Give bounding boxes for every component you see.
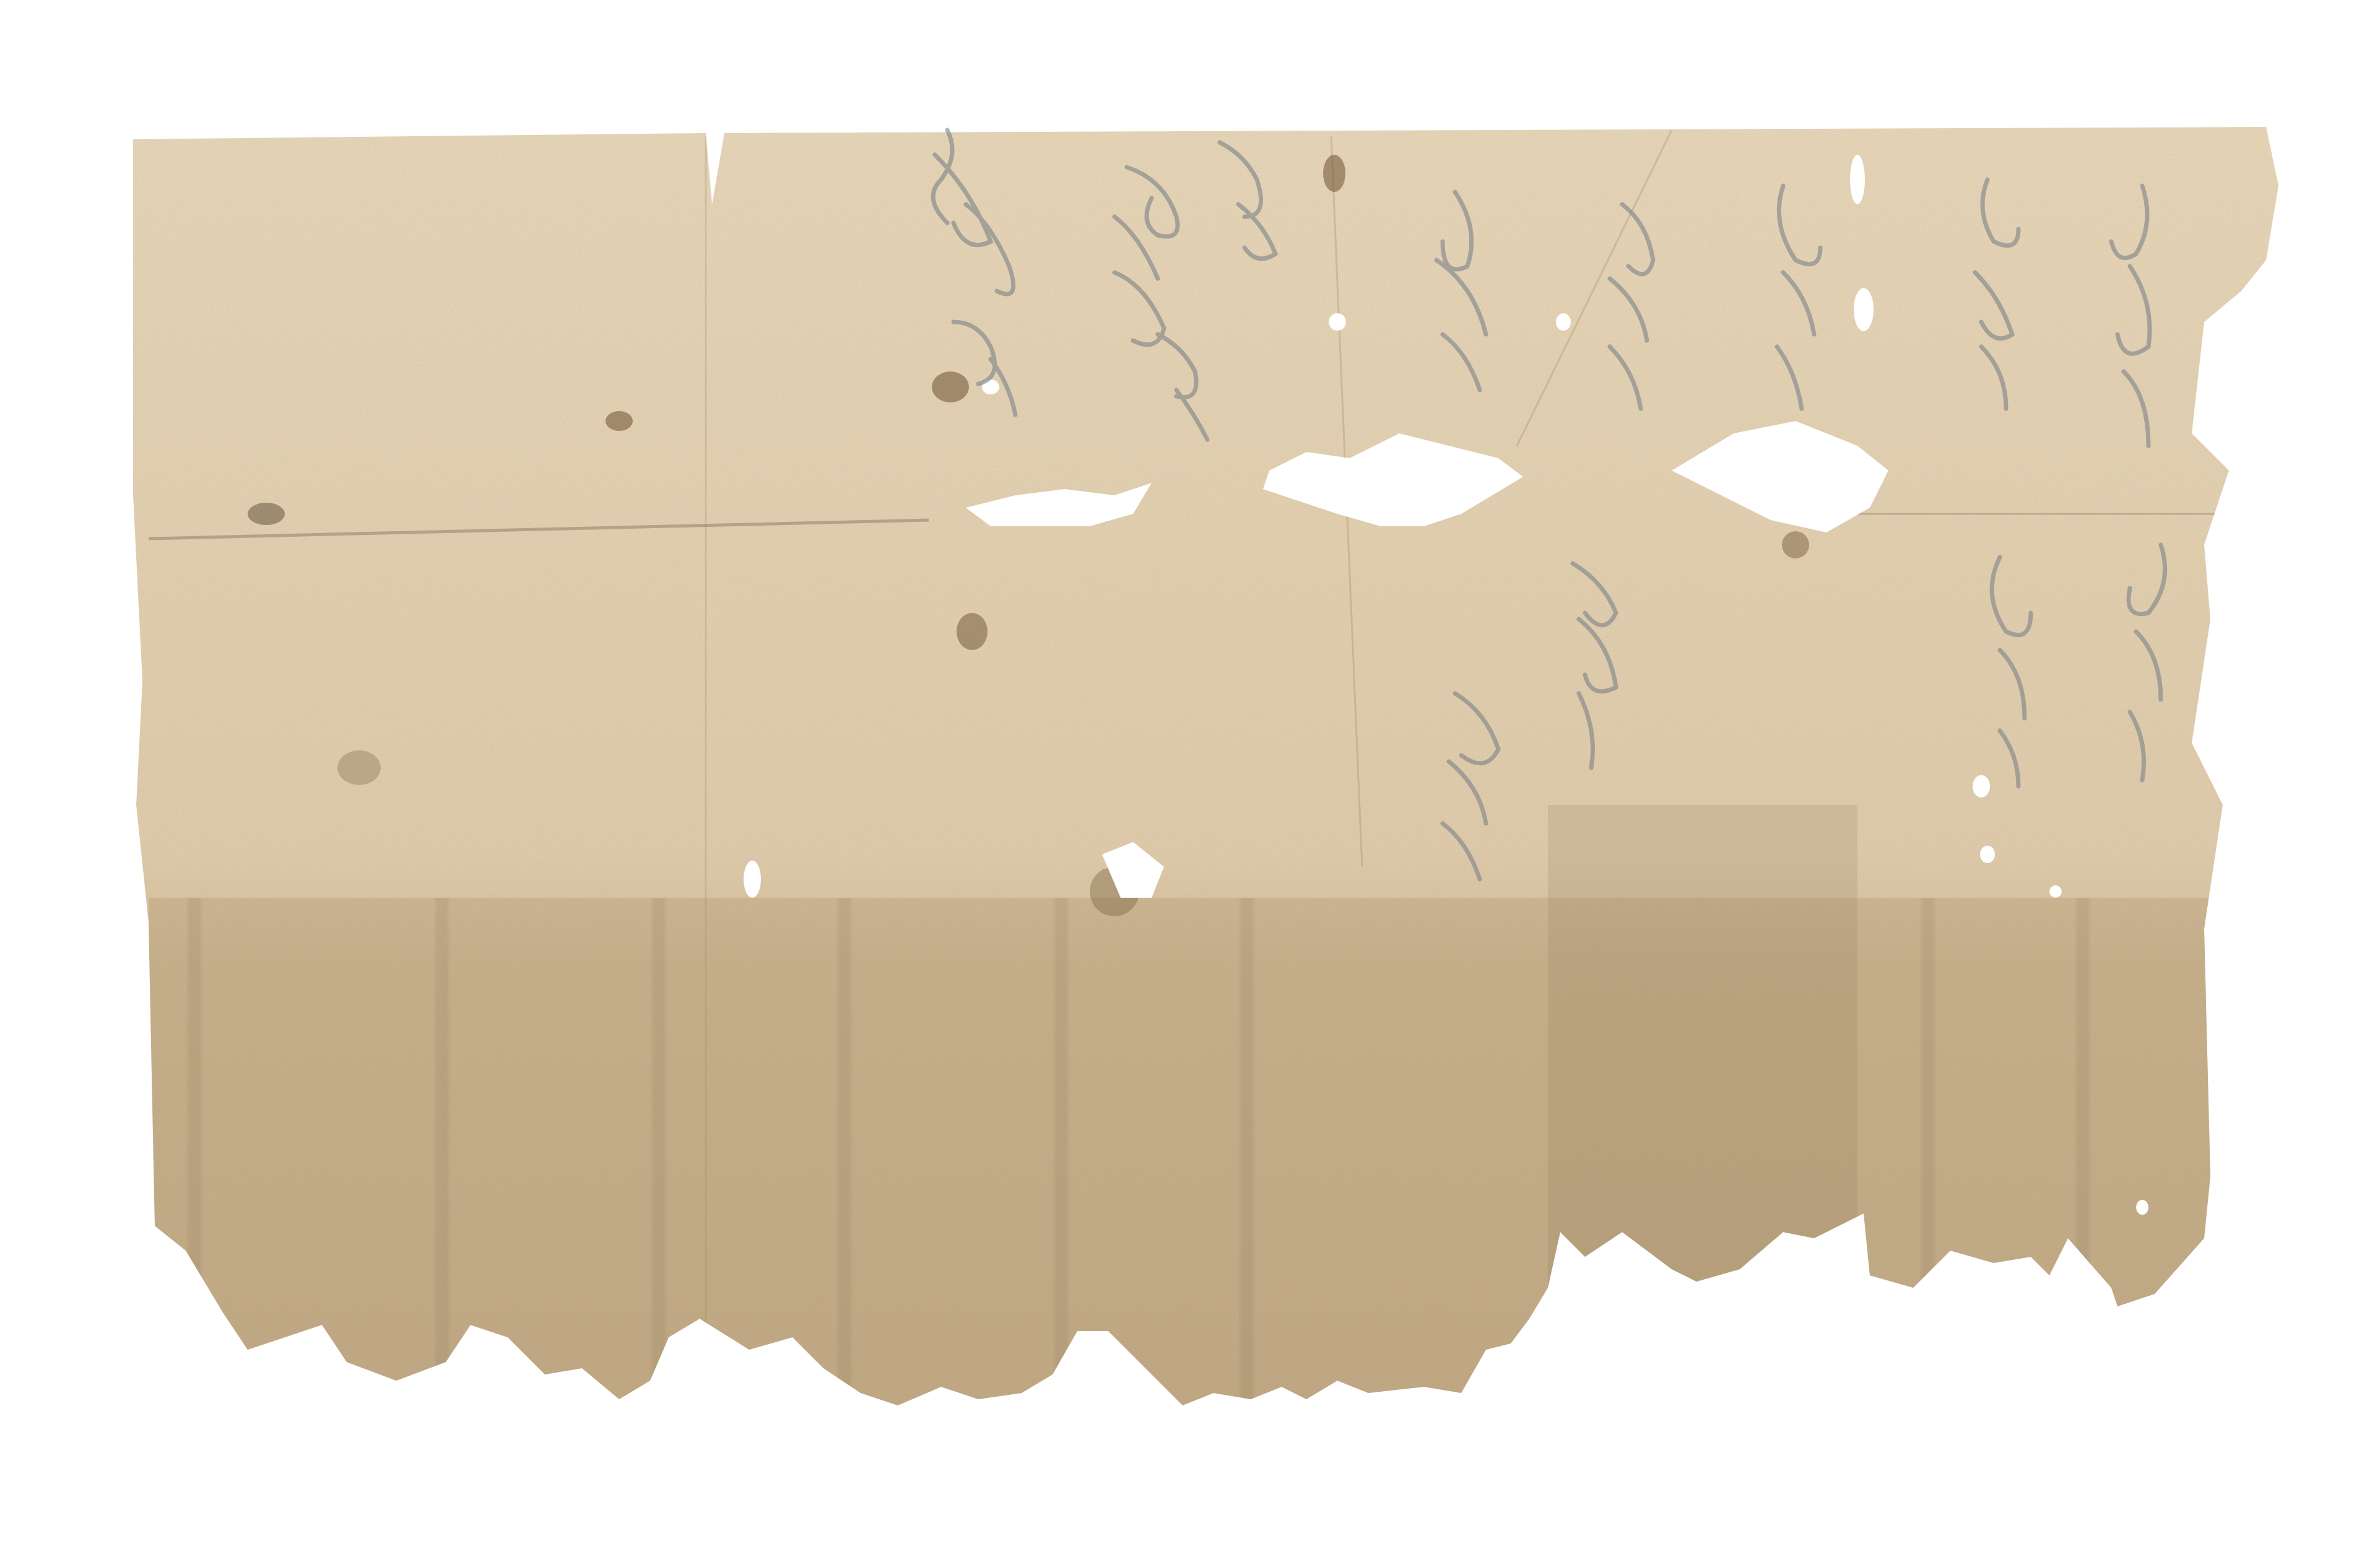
pencil-handwriting bbox=[0, 0, 2380, 1554]
scan-background bbox=[0, 0, 2380, 1554]
